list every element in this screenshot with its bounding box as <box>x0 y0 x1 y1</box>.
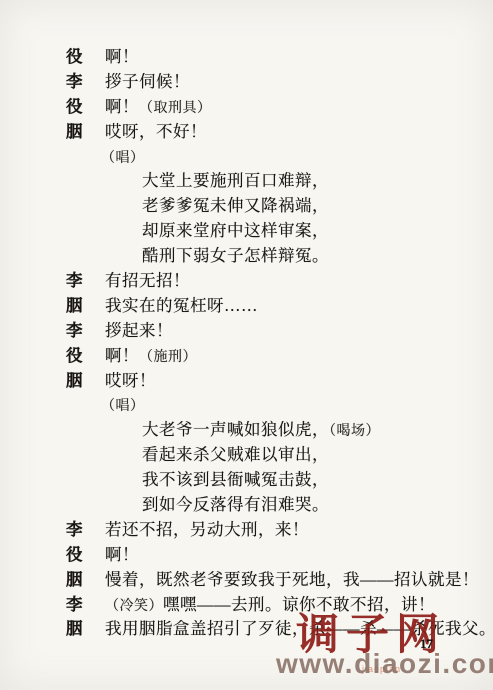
line-text: 慢着，既然老爷要致我于死地，我——招认就是！ <box>105 570 479 589</box>
line-text: 到如今反落得有泪难哭。 <box>142 495 329 514</box>
speaker-label: 役 <box>66 95 105 120</box>
scanned-script-page: 役啊！李拶子伺候！役啊！（取刑具）胭哎呀，不好！（唱）大堂上要施刑百口难辩，老爹… <box>0 0 493 690</box>
script-line: 看起来杀父贼难以审出， <box>0 443 493 468</box>
script-line: 李拶起来！ <box>0 319 493 344</box>
script-line: 胭哎呀，不好！ <box>0 120 493 145</box>
script-line: （唱） <box>0 393 493 418</box>
script-line: 李拶子伺候！ <box>0 70 493 95</box>
speaker-label: 李 <box>66 269 105 294</box>
watermark-url: www.diaozi.com <box>276 648 493 680</box>
speaker-label: 役 <box>66 543 105 568</box>
speaker-label: 胭 <box>66 568 105 593</box>
stage-direction: （施刑） <box>139 350 197 365</box>
speaker-label: 胭 <box>66 294 105 319</box>
script-line: （唱） <box>0 145 493 170</box>
line-text: 哎呀，不好！ <box>105 122 207 141</box>
speaker-label: 胭 <box>66 369 105 394</box>
script-line: 酷刑下弱女子怎样辩冤。 <box>0 244 493 269</box>
speaker-label: 胭 <box>66 617 105 642</box>
line-text: 看起来杀父贼难以审出， <box>142 445 329 464</box>
line-text: 老爹爹冤未伸又降祸端， <box>142 196 329 215</box>
line-text: 拶子伺候！ <box>105 72 190 91</box>
speaker-label: 役 <box>66 45 105 70</box>
script-line: 役啊！（施刑） <box>0 344 493 369</box>
line-text: 我实在的冤枉呀…… <box>105 296 258 315</box>
stage-direction: （冷笑） <box>105 599 163 614</box>
line-text: 啊！ <box>105 97 139 116</box>
script-line: 胭我实在的冤枉呀…… <box>0 294 493 319</box>
speaker-label: 李 <box>66 518 105 543</box>
page-number: 17 <box>420 636 433 652</box>
script-line: 我不该到县衙喊冤击鼓， <box>0 468 493 493</box>
line-text: 我不该到县衙喊冤击鼓， <box>142 470 329 489</box>
script-line: 却原来堂府中这样审案， <box>0 219 493 244</box>
script-line: 胭慢着，既然老爷要致我于死地，我——招认就是！ <box>0 568 493 593</box>
script-line: 役啊！ <box>0 45 493 70</box>
script-line: 大老爷一声喊如狼似虎，（喝场） <box>0 418 493 443</box>
script-line: 老爹爹冤未伸又降祸端， <box>0 194 493 219</box>
script-line: 大堂上要施刑百口难辩， <box>0 169 493 194</box>
speaker-label: 李 <box>66 593 105 618</box>
line-text: 拶起来！ <box>105 321 173 340</box>
line-text: 大老爷一声喊如狼似虎， <box>142 420 329 439</box>
line-text: 哎呀！ <box>105 371 156 390</box>
speaker-label: 胭 <box>66 120 105 145</box>
line-text: 大堂上要施刑百口难辩， <box>142 171 329 190</box>
stage-direction: （取刑具） <box>139 101 212 116</box>
line-text: 酷刑下弱女子怎样辩冤。 <box>142 246 329 265</box>
stage-direction: （唱） <box>101 399 145 414</box>
line-text: 啊！ <box>105 545 139 564</box>
speaker-label: 李 <box>66 70 105 95</box>
stage-direction: （唱） <box>101 151 145 166</box>
script-line: 役啊！（取刑具） <box>0 95 493 120</box>
speaker-label: 役 <box>66 344 105 369</box>
script-lines: 役啊！李拶子伺候！役啊！（取刑具）胭哎呀，不好！（唱）大堂上要施刑百口难辩，老爹… <box>0 45 493 642</box>
script-line: 李有招无招！ <box>0 269 493 294</box>
line-text: 啊！ <box>105 47 139 66</box>
line-text: 有招无招！ <box>105 271 190 290</box>
line-text: 若还不招，另动大刑，来！ <box>105 520 309 539</box>
speaker-label: 李 <box>66 319 105 344</box>
script-line: 役啊！ <box>0 543 493 568</box>
line-text: 啊！ <box>105 346 139 365</box>
script-line: 胭哎呀！ <box>0 369 493 394</box>
stage-direction: （喝场） <box>329 424 380 439</box>
script-line: 李若还不招，另动大刑，来！ <box>0 518 493 543</box>
script-line: 到如今反落得有泪难哭。 <box>0 493 493 518</box>
line-text: 却原来堂府中这样审案， <box>142 221 329 240</box>
